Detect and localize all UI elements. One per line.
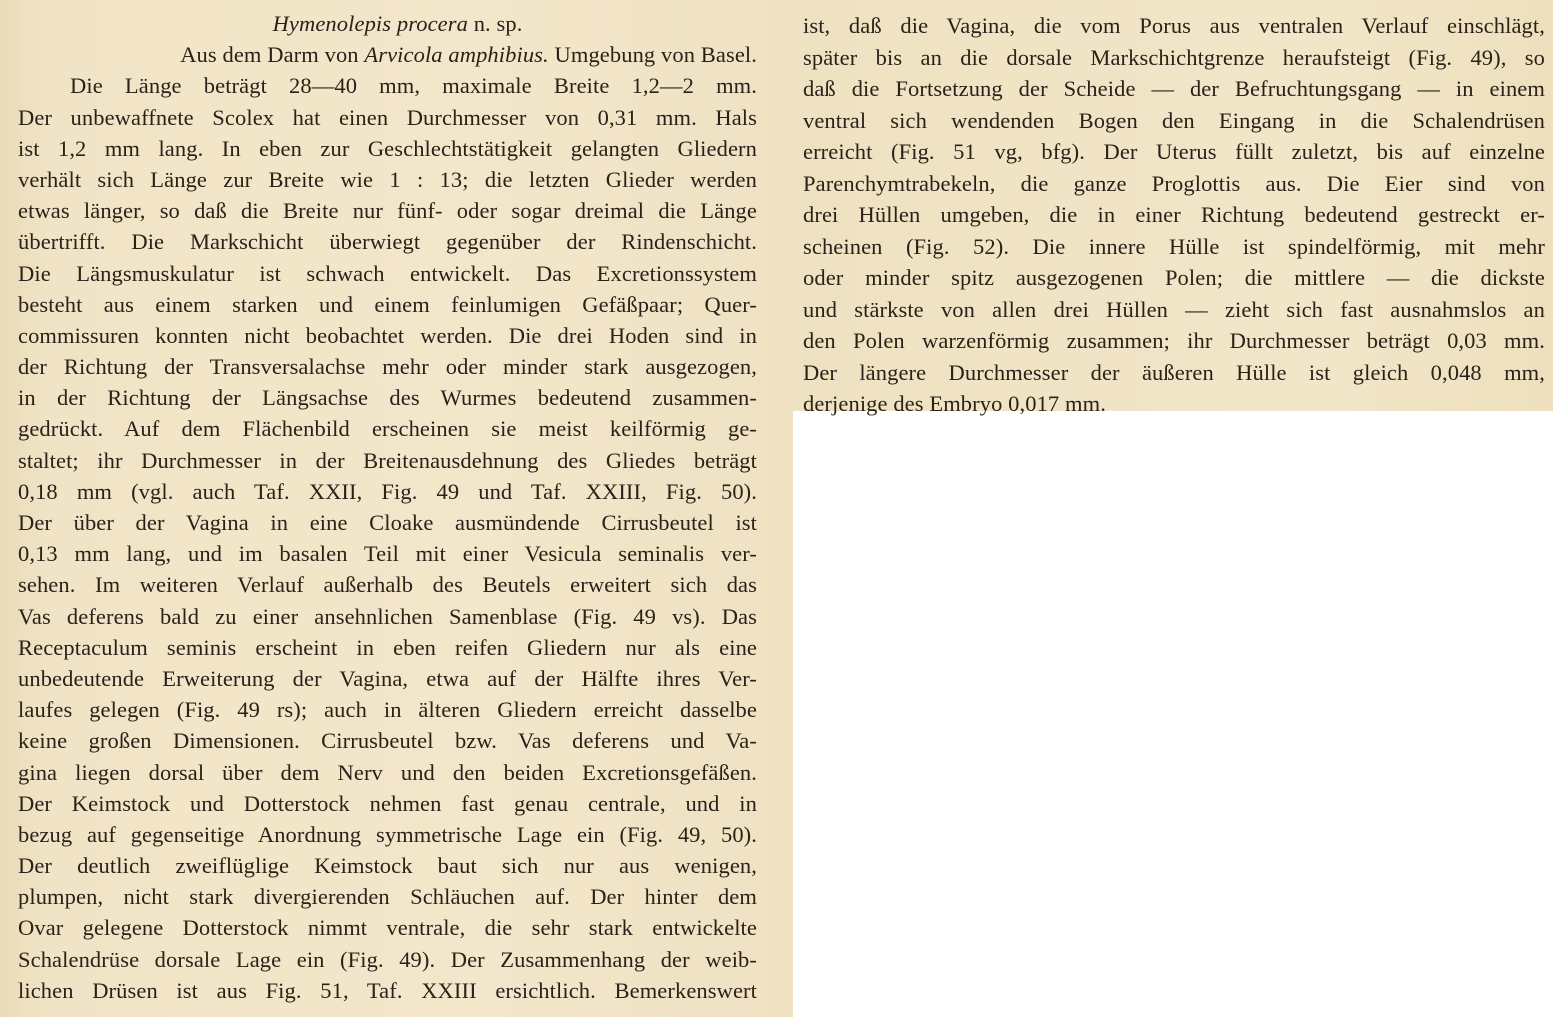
text-line: erreicht (Fig. 51 vg, bfg). Der Uterus f… (803, 136, 1545, 168)
text-line: besteht aus einem starken und einem fein… (18, 289, 757, 320)
text-line: bezug auf gegenseitige Anordnung symmetr… (18, 819, 757, 850)
text-line-final: derjenige des Embryo 0,017 mm. (803, 388, 1545, 420)
text-line: Der unbewaffnete Scolex hat einen Durchm… (18, 102, 757, 133)
text-line: ist, daß die Vagina, die vom Porus aus v… (803, 10, 1545, 42)
source-line: Aus dem Darm von Arvicola amphibius. Umg… (18, 39, 757, 70)
text-line: gina liegen dorsal über dem Nerv und den… (18, 757, 757, 788)
text-line: ventral sich wendenden Bogen den Eingang… (803, 105, 1545, 137)
text-line: ist 1,2 mm lang. In eben zur Geschlechts… (18, 133, 757, 164)
text-line: plumpen, nicht stark divergierenden Schl… (18, 881, 757, 912)
text-line: Receptaculum seminis erscheint in eben r… (18, 632, 757, 663)
text-line: Der über der Vagina in eine Cloake ausmü… (18, 507, 757, 538)
text-line: drei Hüllen umgeben, die in einer Richtu… (803, 199, 1545, 231)
species-name: Hymenolepis procera (273, 11, 468, 36)
host-name: Arvicola amphibius. (364, 42, 548, 67)
text-line: commissuren konnten nicht beobachtet wer… (18, 320, 757, 351)
text-line: lichen Drüsen ist aus Fig. 51, Taf. XXII… (18, 975, 757, 1006)
source-location: Umgebung von Basel. (549, 42, 757, 67)
text-line: sehen. Im weiteren Verlauf außerhalb des… (18, 569, 757, 600)
right-page-column: ist, daß die Vagina, die vom Porus aus v… (793, 0, 1553, 411)
text-line: übertrifft. Die Markschicht überwiegt ge… (18, 226, 757, 257)
source-prefix: Aus dem Darm von (180, 42, 364, 67)
text-line: verhält sich Länge zur Breite wie 1 : 13… (18, 164, 757, 195)
text-line: und stärkste von allen drei Hüllen — zie… (803, 294, 1545, 326)
text-line: Ovar gelegene Dotterstock nimmt ventrale… (18, 912, 757, 943)
text-line: keine großen Dimensionen. Cirrusbeutel b… (18, 725, 757, 756)
species-note: n. sp. (468, 11, 522, 36)
text-line: oder minder spitz ausgezogenen Polen; di… (803, 262, 1545, 294)
text-line: staltet; ihr Durchmesser in der Breitena… (18, 445, 757, 476)
text-line: 0,18 mm (vgl. auch Taf. XXII, Fig. 49 un… (18, 476, 757, 507)
text-line: Der deutlich zweiflüglige Keimstock baut… (18, 850, 757, 881)
text-line: 0,13 mm lang, und im basalen Teil mit ei… (18, 538, 757, 569)
text-line: der Richtung der Transversalachse mehr o… (18, 351, 757, 382)
text-line: den Polen warzenförmig zusammen; ihr Dur… (803, 325, 1545, 357)
text-line: später bis an die dorsale Markschichtgre… (803, 42, 1545, 74)
text-line: unbedeutende Erweiterung der Vagina, etw… (18, 663, 757, 694)
text-line: daß die Fortsetzung der Scheide — der Be… (803, 73, 1545, 105)
text-line: Vas deferens bald zu einer ansehnlichen … (18, 601, 757, 632)
text-line: laufes gelegen (Fig. 49 rs); auch in ält… (18, 694, 757, 725)
text-line: Der Keimstock und Dotterstock nehmen fas… (18, 788, 757, 819)
text-line: gedrückt. Auf dem Flächenbild erscheinen… (18, 413, 757, 444)
text-line: Parenchymtrabekeln, die ganze Proglottis… (803, 168, 1545, 200)
text-line: etwas länger, so daß die Breite nur fünf… (18, 195, 757, 226)
text-line: Die Längsmuskulatur ist schwach entwicke… (18, 258, 757, 289)
left-page-column: Hymenolepis procera n. sp. Aus dem Darm … (0, 0, 793, 1017)
text-line: Schalendrüse dorsale Lage ein (Fig. 49).… (18, 944, 757, 975)
text-line: Die Länge beträgt 28—40 mm, maximale Bre… (18, 70, 757, 101)
text-line: Der längere Durchmesser der äußeren Hüll… (803, 357, 1545, 389)
species-title: Hymenolepis procera n. sp. (18, 8, 757, 39)
text-line: scheinen (Fig. 52). Die innere Hülle ist… (803, 231, 1545, 263)
text-line: in der Richtung der Längsachse des Wurme… (18, 382, 757, 413)
